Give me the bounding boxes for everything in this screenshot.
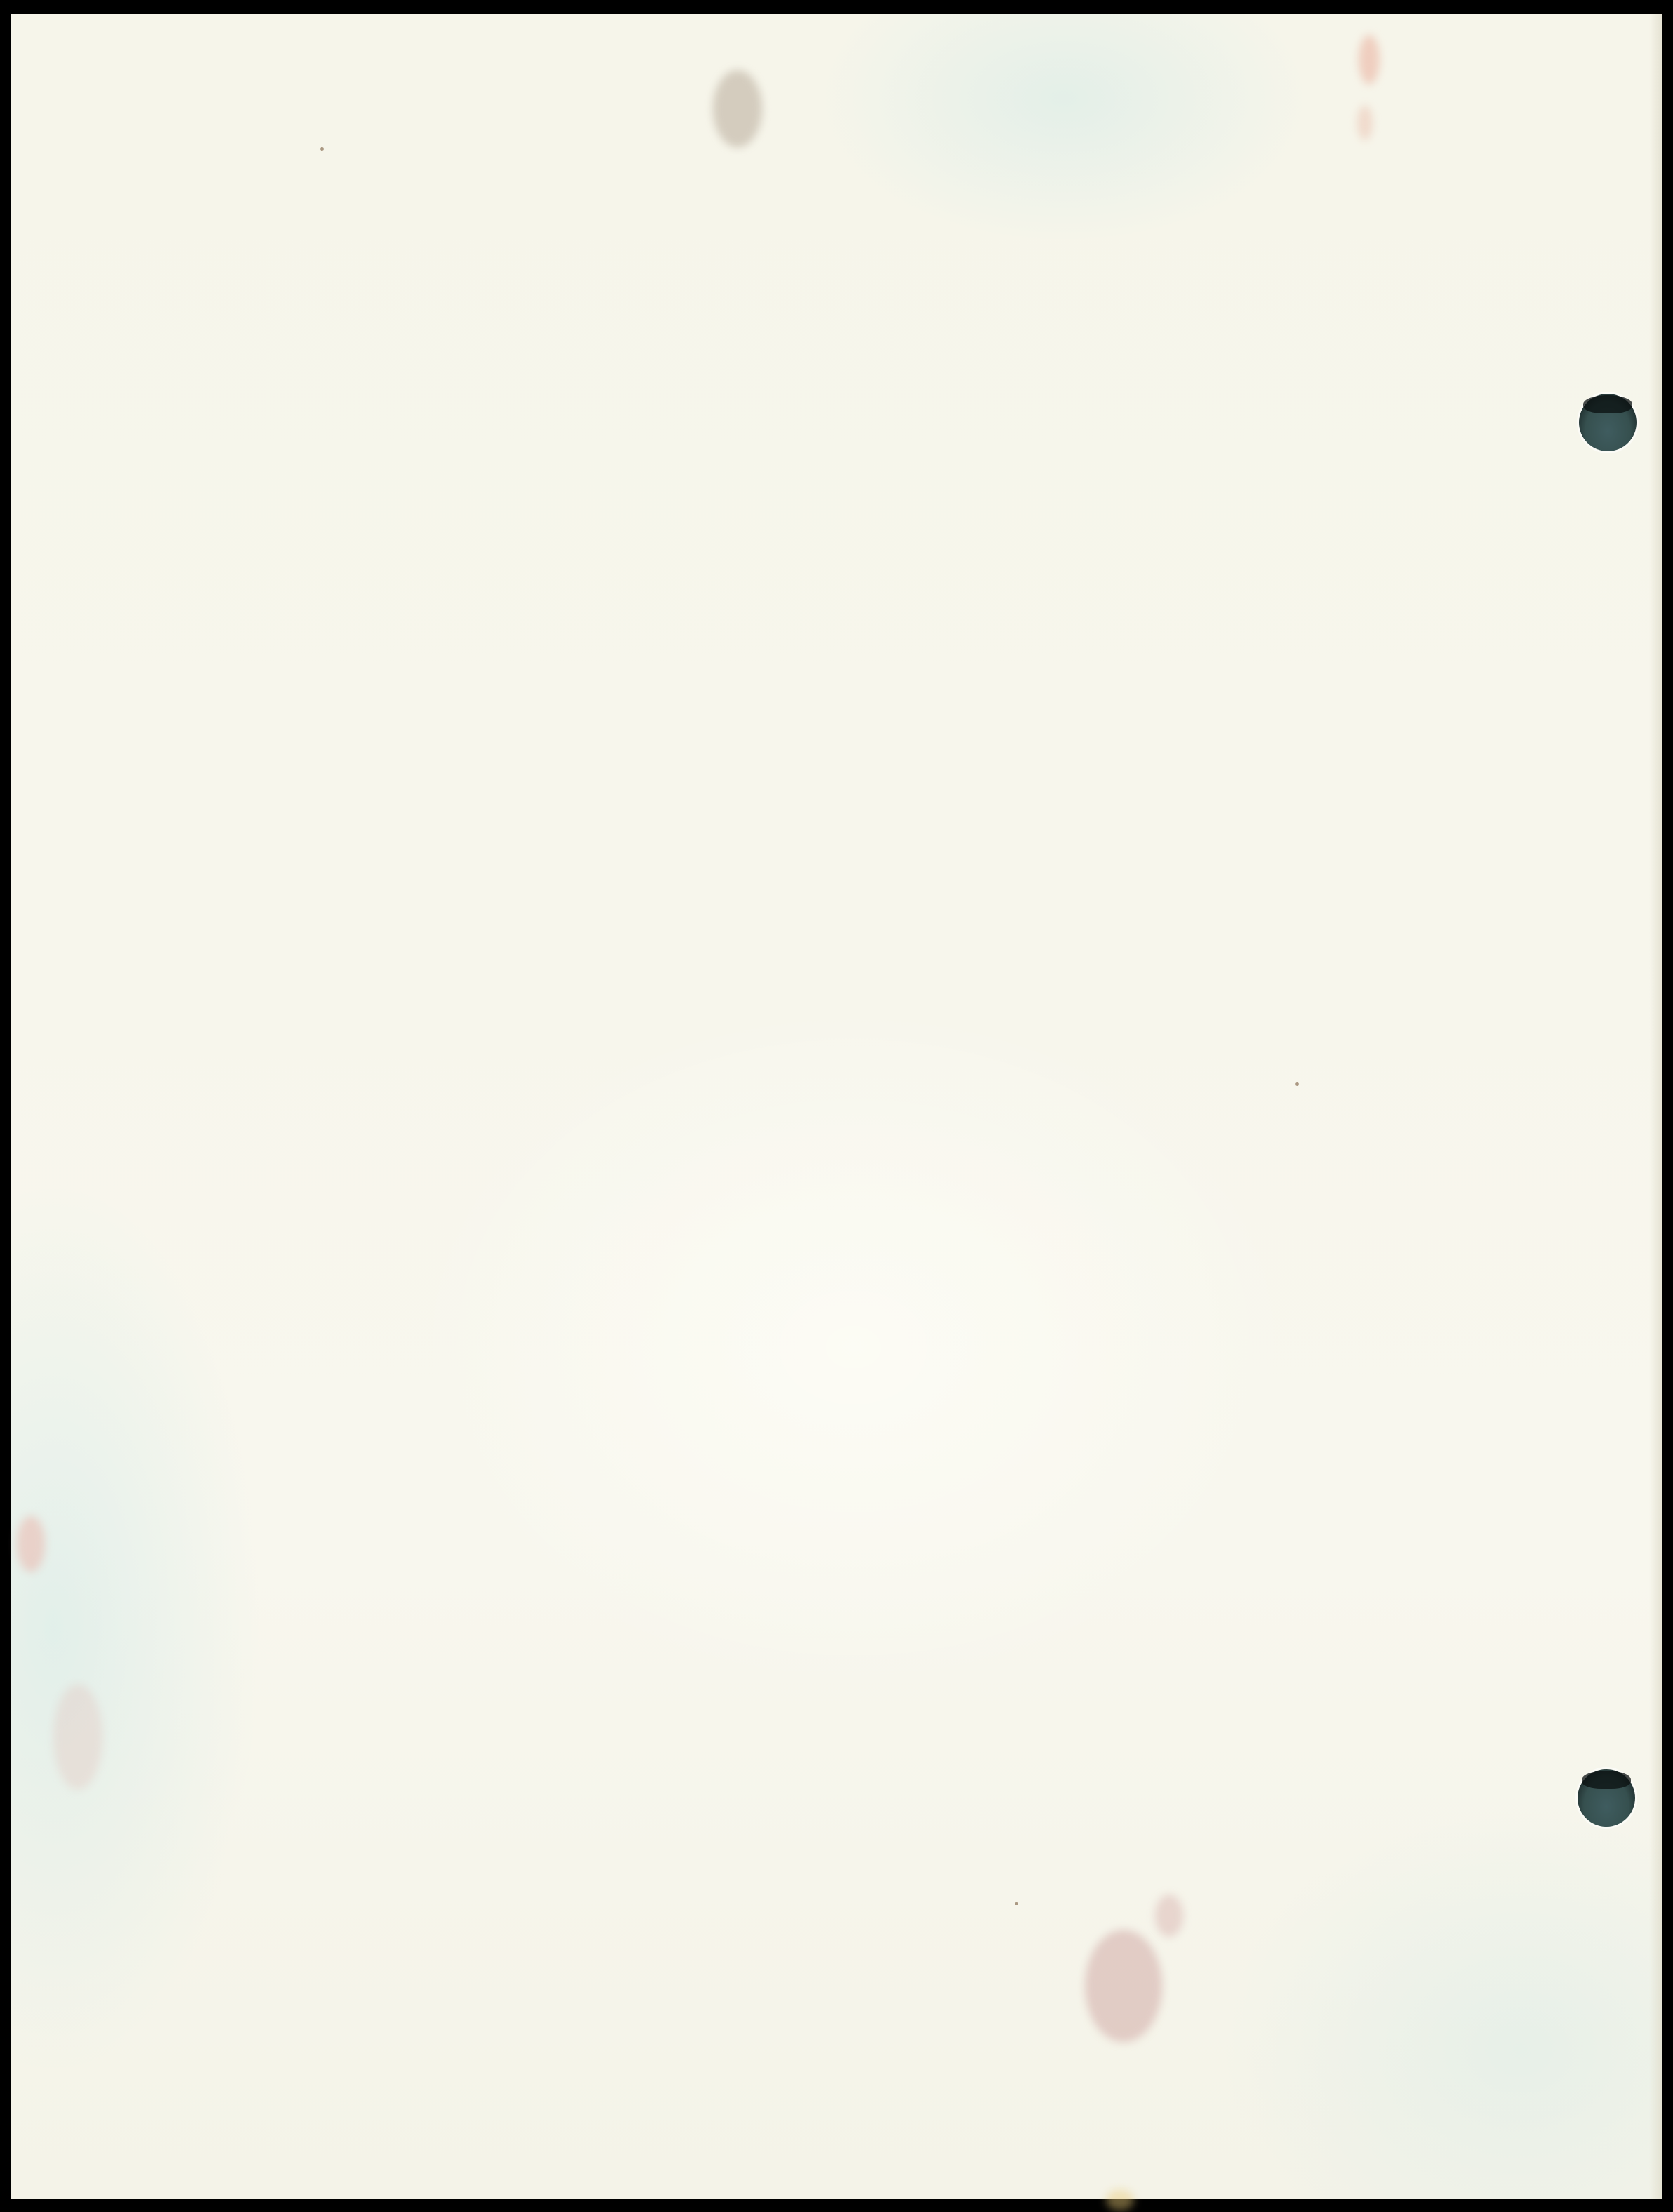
dust-speck	[1015, 1902, 1018, 1905]
smudge-stain	[713, 70, 762, 147]
red-stain	[1155, 1895, 1183, 1937]
dust-speck	[320, 147, 324, 151]
red-stain	[1359, 35, 1380, 84]
yellow-stain	[1106, 2190, 1134, 2211]
red-stain	[1085, 1930, 1162, 2042]
red-stain	[17, 1516, 45, 1572]
paper-edge-shadow	[1649, 14, 1662, 2199]
scan-border	[0, 0, 1673, 2212]
punch-hole-bottom	[1578, 1769, 1635, 1827]
pink-stain	[53, 1684, 102, 1790]
red-stain	[1357, 105, 1373, 140]
blank-paper-page	[11, 14, 1662, 2199]
punch-hole-top	[1579, 394, 1637, 451]
dust-speck	[1295, 1082, 1299, 1086]
